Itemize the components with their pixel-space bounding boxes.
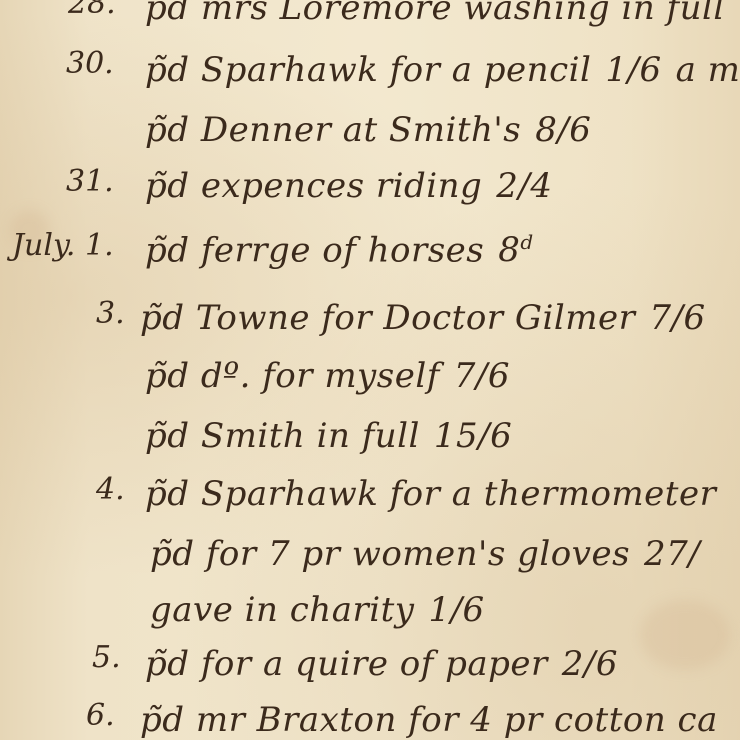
entry-text: p̃d Smith in full15/6 xyxy=(145,416,512,456)
entry-description: gave in charity xyxy=(150,590,414,630)
entry-date: 28. xyxy=(68,0,116,21)
entry-description: p̃d expences riding xyxy=(145,166,482,206)
entry-description: p̃d mrs Loremore washing in full xyxy=(145,0,725,28)
entry-text: p̃d Denner at Smith's8/6 xyxy=(145,110,591,150)
entry-date: 31. xyxy=(66,164,114,199)
entry-amount: 7/6 xyxy=(454,356,510,396)
manuscript-page: 28. p̃d mrs Loremore washing in full 30.… xyxy=(0,0,740,740)
entry-amount: 8/6 xyxy=(535,110,591,150)
entry-date: 6. xyxy=(86,698,115,733)
entry-text: gave in charity1/6 xyxy=(150,590,485,630)
entry-amount: 7/6 xyxy=(649,298,705,338)
entry-text: p̃d Sparhawk for a thermometer xyxy=(145,474,716,514)
entry-date: 5. xyxy=(92,640,121,675)
entry-description: p̃d Denner at Smith's xyxy=(145,110,521,150)
entry-description: p̃d Sparhawk for a pencil xyxy=(145,50,591,90)
entry-date: 3. xyxy=(96,296,125,331)
entry-text: p̃d Towne for Doctor Gilmer7/6 xyxy=(140,298,706,338)
entry-description: p̃d dº. for myself xyxy=(145,356,440,396)
entry-text: p̃d dº. for myself7/6 xyxy=(145,356,510,396)
entry-date: 30. xyxy=(66,46,114,81)
entry-description: p̃d ferrge of horses xyxy=(145,230,484,270)
entry-trailing-text: a m xyxy=(676,50,740,90)
entry-text: p̃d for 7 pr women's gloves27/ xyxy=(150,534,700,574)
entry-text: p̃d Sparhawk for a pencil1/6a m xyxy=(145,50,740,90)
entry-amount: 8 xyxy=(498,230,520,270)
entry-description: p̃d mr Braxton for 4 pr cotton ca xyxy=(140,700,718,740)
entry-amount: 27/ xyxy=(644,534,700,574)
entry-amount: 2/6 xyxy=(562,644,618,684)
paper-stain xyxy=(640,600,730,670)
entry-amount: 1/6 xyxy=(428,590,484,630)
entry-description: p̃d Sparhawk for a thermometer xyxy=(145,474,716,514)
entry-text: p̃d mrs Loremore washing in full xyxy=(145,0,725,28)
entry-amount-unit: d xyxy=(520,230,533,254)
entry-text: p̃d expences riding2/4 xyxy=(145,166,552,206)
entry-description: p̃d for 7 pr women's gloves xyxy=(150,534,630,574)
entry-text: p̃d ferrge of horses8d xyxy=(145,230,534,270)
entry-amount: 15/6 xyxy=(434,416,512,456)
entry-description: p̃d for a quire of paper xyxy=(145,644,548,684)
entry-description: p̃d Towne for Doctor Gilmer xyxy=(140,298,635,338)
entry-description: p̃d Smith in full xyxy=(145,416,420,456)
entry-text: p̃d mr Braxton for 4 pr cotton ca xyxy=(140,700,718,740)
entry-date: July. 1. xyxy=(12,228,114,263)
entry-text: p̃d for a quire of paper2/6 xyxy=(145,644,618,684)
entry-date: 4. xyxy=(96,472,125,507)
entry-amount: 1/6 xyxy=(605,50,661,90)
entry-amount: 2/4 xyxy=(496,166,552,206)
